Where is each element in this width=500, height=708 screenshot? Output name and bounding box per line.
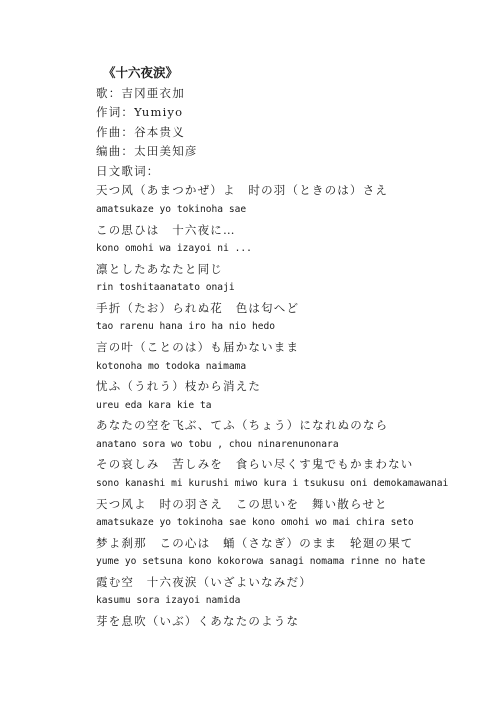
lyric-jp-line: 天つ风（あまつかぜ）よ 时の羽（ときのは）さえ (96, 182, 388, 198)
document-page: 《十六夜涙》 歌：吉冈亜衣加 作词：Yumiyo 作曲：谷本贵义 编曲：太田美知… (0, 0, 500, 708)
lyric-romaji-line: yume yo setsuna kono kokorowa sanagi nom… (96, 554, 425, 570)
lyric-romaji-line: amatsukaze yo tokinoha sae (96, 202, 246, 218)
lyric-romaji-line: ureu eda kara kie ta (96, 398, 212, 414)
lyricist-line: 作词：Yumiyo (96, 104, 183, 120)
lyric-jp-line: 手折（たお）られぬ花 色は匂へど (96, 300, 299, 316)
singer-line: 歌：吉冈亜衣加 (96, 85, 185, 101)
lyric-romaji-line: rin toshitaanatato onaji (96, 280, 235, 296)
lyric-romaji-line: sono kanashi mi kurushi miwo kura i tsuk… (96, 476, 448, 492)
lyric-romaji-line: anatano sora wo tobu , chou ninarenunona… (96, 437, 339, 453)
lyric-romaji-line: kotonoha mo todoka naimama (96, 359, 246, 375)
lyric-jp-line: 忧ふ（うれう）枝から消えた (96, 378, 261, 394)
lyric-jp-line: 天つ风よ 时の羽さえ この思いを 舞い散らせと (96, 496, 388, 512)
lyric-jp-line: 凛としたあなたと同じ (96, 261, 223, 277)
arranger-line: 编曲：太田美知彦 (96, 143, 198, 159)
lyric-romaji-line: kasumu sora izayoi namida (96, 593, 240, 609)
composer-line: 作曲：谷本贵义 (96, 124, 185, 140)
song-title: 《十六夜涙》 (103, 65, 178, 81)
lyric-jp-line: この思ひは 十六夜に… (96, 222, 236, 238)
lyric-jp-line: 言の叶（ことのは）も届かないまま (96, 339, 299, 355)
lyric-jp-line: 霞む空 十六夜涙（いざよいなみだ） (96, 574, 312, 590)
lyric-jp-line: 梦よ刹那 この心は 蛹（さなぎ）のまま 轮廻の果て (96, 535, 414, 551)
lyric-romaji-line: amatsukaze yo tokinoha sae kono omohi wo… (96, 515, 414, 531)
lyric-romaji-line: kono omohi wa izayoi ni ... (96, 241, 252, 257)
lyric-romaji-line: tao rarenu hana iro ha nio hedo (96, 319, 275, 335)
lyric-jp-line: 芽を息吹（いぶ）くあなたのような (96, 613, 299, 629)
lyrics-heading: 日文歌词： (96, 163, 160, 179)
lyric-jp-line: その哀しみ 苦しみを 食らい尽くす鬼でもかまわない (96, 456, 414, 472)
lyric-jp-line: あなたの空を飞ぶ、てふ（ちょう）になれぬのなら (96, 417, 388, 433)
